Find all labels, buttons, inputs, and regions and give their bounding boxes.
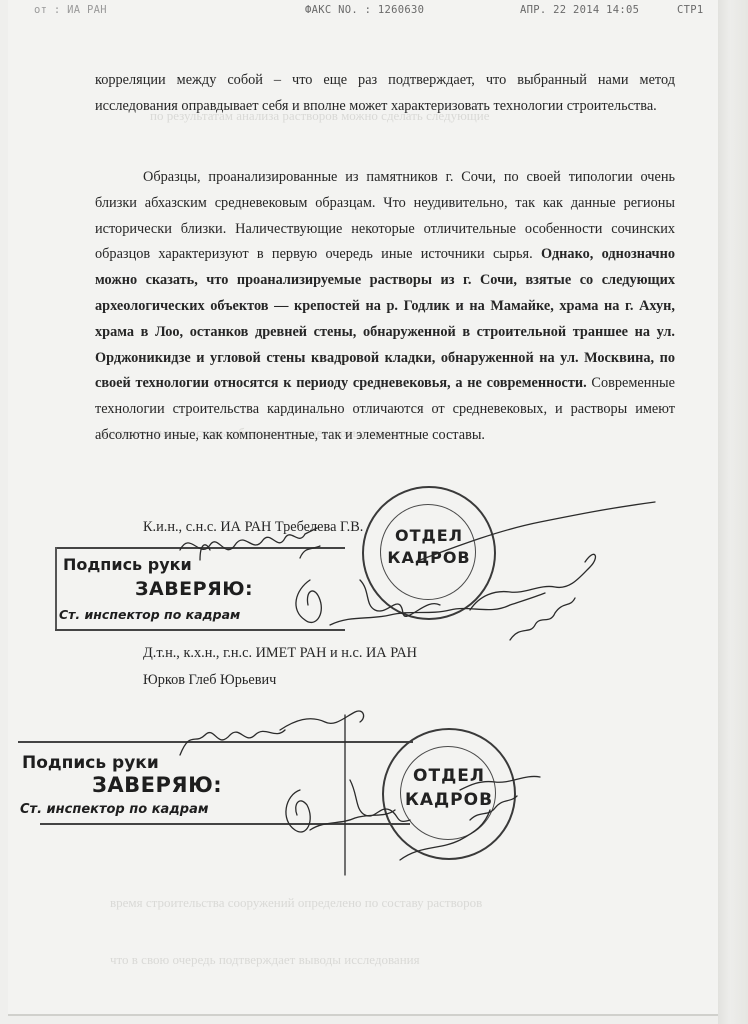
show-through-text: время строительства сооружений определен… [110, 895, 482, 911]
certification-title: ЗАВЕРЯЮ: [92, 773, 222, 797]
certification-title: ЗАВЕРЯЮ: [135, 578, 253, 600]
fax-datetime: АПР. 22 2014 14:05 [520, 4, 639, 16]
divider [18, 741, 413, 743]
paragraph-1: корреляции между собой – что еще раз под… [95, 68, 675, 120]
stamp-text-line-1: ОТДЕЛ [364, 526, 494, 545]
divider [55, 547, 345, 549]
certification-position: Ст. инспектор по кадрам [20, 802, 209, 817]
show-through-text: что в свою очередь подтверждает выводы и… [110, 952, 420, 968]
paragraph-2-conclusion: Однако, однозначно можно сказать, что пр… [95, 246, 675, 391]
stamp-text-line-2: КАДРОВ [384, 790, 514, 810]
certification-position: Ст. инспектор по кадрам [59, 607, 240, 622]
divider [40, 823, 410, 825]
divider [55, 547, 57, 629]
certification-label: Подпись руки [63, 555, 192, 574]
certification-block-1: Подпись руки ЗАВЕРЯЮ: Ст. инспектор по к… [55, 545, 355, 635]
official-stamp-1: ОТДЕЛ КАДРОВ [362, 486, 496, 620]
fax-sender: от : ИА РАН [34, 4, 107, 16]
fax-number: ФАКС NO. : 1260630 [305, 4, 424, 16]
fax-header: от : ИА РАН ФАКС NO. : 1260630 АПР. 22 2… [0, 2, 748, 18]
certification-label: Подпись руки [22, 753, 159, 773]
document-page [8, 0, 719, 1016]
stamp-text-line-1: ОТДЕЛ [384, 766, 514, 786]
paragraph-2: Образцы, проанализированные из памятнико… [95, 165, 675, 449]
stamp-text-line-2: КАДРОВ [364, 548, 494, 567]
signatory-2-name: Юрков Глеб Юрьевич [143, 672, 276, 689]
fax-page-number: СТР1 [677, 4, 704, 16]
signatory-1: К.и.н., с.н.с. ИА РАН Требелева Г.В. [143, 519, 363, 536]
divider [55, 629, 345, 631]
signatory-2-title: Д.т.н., к.х.н., г.н.с. ИМЕТ РАН и н.с. И… [143, 645, 417, 662]
scan-edge [718, 0, 748, 1024]
official-stamp-2: ОТДЕЛ КАДРОВ [382, 728, 516, 860]
certification-block-2: Подпись руки ЗАВЕРЯЮ: Ст. инспектор по к… [10, 735, 420, 815]
